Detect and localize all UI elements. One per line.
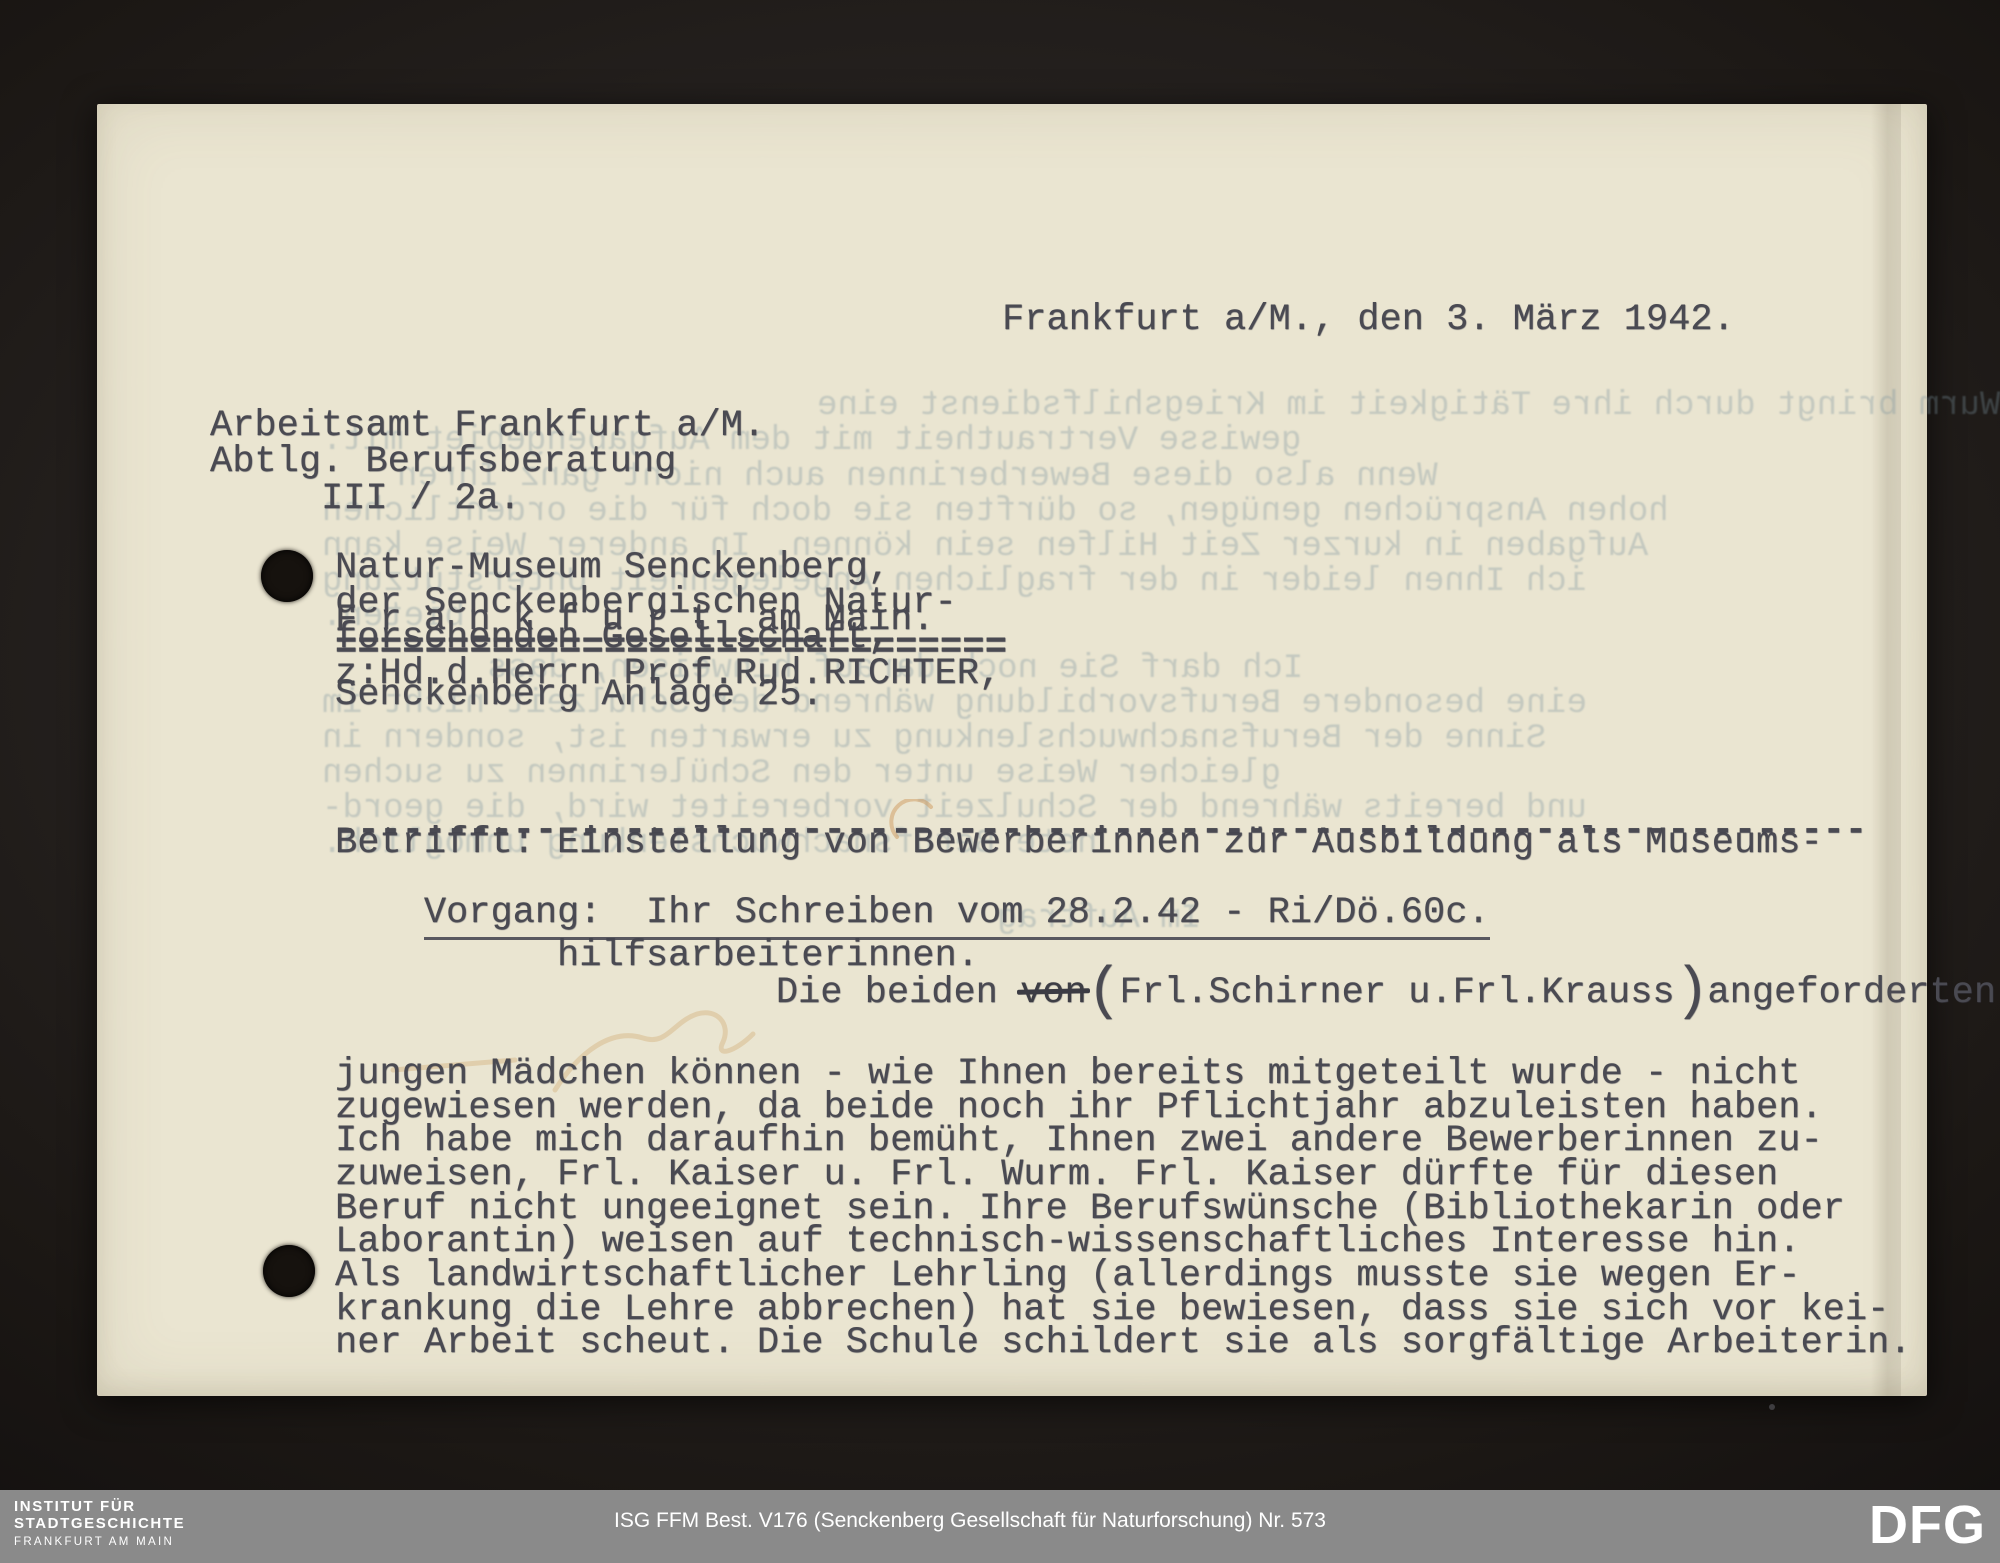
archive-reference-text: ISG FFM Best. V176 (Senckenberg Gesellsc… bbox=[614, 1509, 1326, 1533]
date-line: Frankfurt a/M., den 3. März 1942. bbox=[1002, 302, 1735, 339]
dfg-logo: DFG bbox=[1869, 1494, 1986, 1556]
institute-name-line1: INSTITUT FÜR bbox=[14, 1498, 185, 1515]
recipient-underline: ============================== bbox=[335, 630, 1007, 667]
archive-info-bar: INSTITUT FÜR STADTGESCHICHTE FRANKFURT A… bbox=[0, 1490, 2000, 1563]
body-line: ner Arbeit scheut. Die Schule schildert … bbox=[335, 1327, 1911, 1361]
dashed-separator: ----------------------------------------… bbox=[335, 813, 1867, 850]
ink-speck bbox=[1769, 1404, 1775, 1410]
institute-name-line3: FRANKFURT AM MAIN bbox=[14, 1534, 185, 1551]
bleedthrough-line: Frl.Wurm bringt durch ihre Tätigkeit im … bbox=[817, 388, 2000, 424]
punch-hole-bottom bbox=[263, 1245, 315, 1297]
body-paragraph: jungen Mädchen können - wie Ihnen bereit… bbox=[335, 957, 1911, 1361]
typed-line: Arbeitsamt Frankfurt a/M. bbox=[210, 408, 765, 445]
archive-scan-viewer: Frl.Wurm bringt durch ihre Tätigkeit im … bbox=[0, 0, 2000, 1563]
recipient-street-line: Senckenberg Anlage 25. bbox=[335, 677, 823, 714]
typed-line: Natur-Museum Senckenberg, bbox=[335, 551, 1001, 586]
institute-name-line2: STADTGESCHICHTE bbox=[14, 1515, 185, 1532]
punch-hole-top bbox=[261, 550, 313, 602]
institute-logo: INSTITUT FÜR STADTGESCHICHTE FRANKFURT A… bbox=[14, 1498, 185, 1551]
